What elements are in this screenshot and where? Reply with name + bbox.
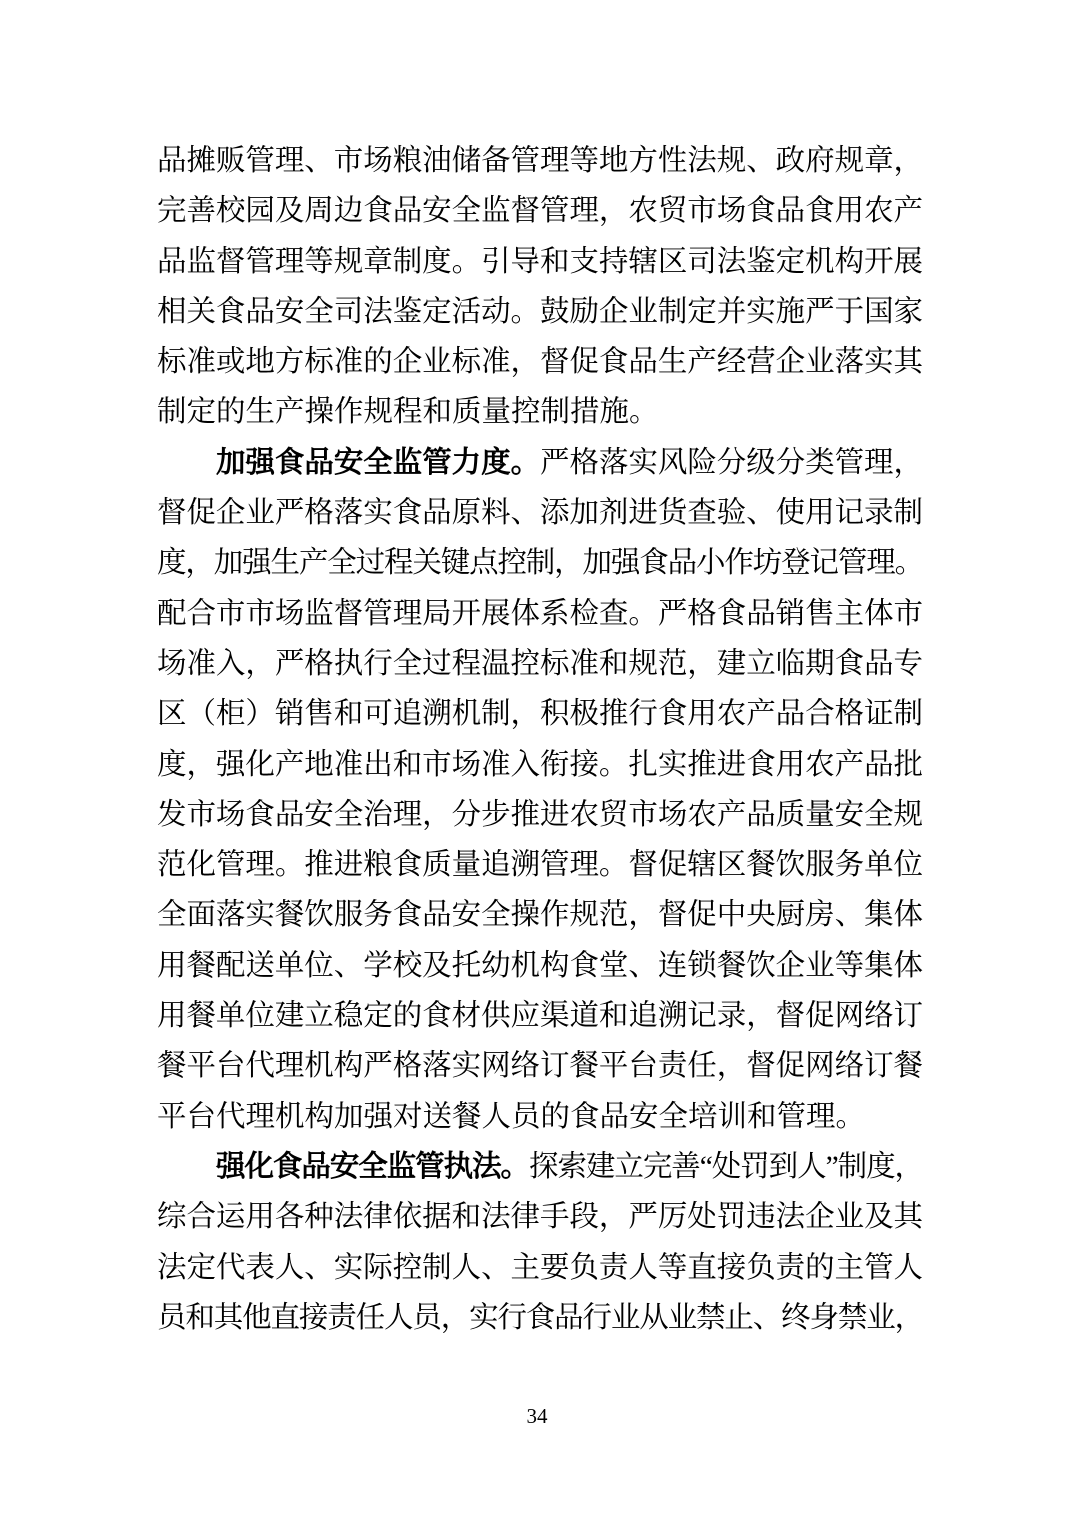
line-text: 餐平台代理机构严格落实网络订餐平台责任，督促网络订餐 — [157, 1050, 923, 1082]
line-text: 用餐单位建立稳定的食材供应渠道和追溯记录，督促网络订 — [157, 1000, 923, 1032]
paragraph-end-line: 平台代理机构加强对送餐人员的食品安全培训和管理。 — [157, 1092, 923, 1142]
line-text: 制定的生产操作规程和质量控制措施。 — [157, 396, 659, 428]
line-text: 探索建立完善“处罚到人”制度， — [529, 1151, 923, 1183]
body-text-line: 区（柜）销售和可追溯机制，积极推行食用农产品合格证制 — [157, 689, 923, 739]
line-text: 完善校园及周边食品安全监督管理，农贸市场食品食用农产 — [157, 195, 923, 227]
document-page: 品摊贩管理、市场粮油储备管理等地方性法规、政府规章， 完善校园及周边食品安全监督… — [0, 0, 1074, 1520]
line-text: 员和其他直接责任人员，实行食品行业从业禁止、终身禁业， — [157, 1302, 923, 1334]
body-text-line: 用餐单位建立稳定的食材供应渠道和追溯记录，督促网络订 — [157, 991, 923, 1041]
line-text: 用餐配送单位、学校及托幼机构食堂、连锁餐饮企业等集体 — [157, 950, 923, 982]
body-text-line: 品监督管理等规章制度。引导和支持辖区司法鉴定机构开展 — [157, 237, 923, 287]
line-text: 品摊贩管理、市场粮油储备管理等地方性法规、政府规章， — [157, 145, 923, 177]
line-text: 全面落实餐饮服务食品安全操作规范，督促中央厨房、集体 — [157, 899, 923, 931]
section-heading: 加强食品安全监管力度。 — [216, 447, 540, 479]
body-text-line: 员和其他直接责任人员，实行食品行业从业禁止、终身禁业， — [157, 1293, 923, 1343]
line-text: 督促企业严格落实食品原料、添加剂进货查验、使用记录制 — [157, 497, 923, 529]
body-text-line: 用餐配送单位、学校及托幼机构食堂、连锁餐饮企业等集体 — [157, 941, 923, 991]
line-text: 区（柜）销售和可追溯机制，积极推行食用农产品合格证制 — [157, 698, 923, 730]
body-text-line: 度，加强生产全过程关键点控制，加强食品小作坊登记管理。 — [157, 538, 923, 588]
line-text: 发市场食品安全治理，分步推进农贸市场农产品质量安全规 — [157, 799, 923, 831]
line-text: 度，加强生产全过程关键点控制，加强食品小作坊登记管理。 — [157, 547, 923, 579]
body-text-line: 标准或地方标准的企业标准，督促食品生产经营企业落实其 — [157, 337, 923, 387]
body-text-line: 督促企业严格落实食品原料、添加剂进货查验、使用记录制 — [157, 488, 923, 538]
line-text: 度，强化产地准出和市场准入衔接。扎实推进食用农产品批 — [157, 749, 923, 781]
line-text: 范化管理。推进粮食质量追溯管理。督促辖区餐饮服务单位 — [157, 849, 923, 881]
body-text-line: 全面落实餐饮服务食品安全操作规范，督促中央厨房、集体 — [157, 890, 923, 940]
body-text-line: 发市场食品安全治理，分步推进农贸市场农产品质量安全规 — [157, 790, 923, 840]
body-text-line: 度，强化产地准出和市场准入衔接。扎实推进食用农产品批 — [157, 740, 923, 790]
line-text: 严格落实风险分级分类管理， — [540, 447, 923, 479]
line-text: 品监督管理等规章制度。引导和支持辖区司法鉴定机构开展 — [157, 246, 923, 278]
line-text: 标准或地方标准的企业标准，督促食品生产经营企业落实其 — [157, 346, 923, 378]
body-text-line: 餐平台代理机构严格落实网络订餐平台责任，督促网络订餐 — [157, 1041, 923, 1091]
paragraph-first-line: 加强食品安全监管力度。严格落实风险分级分类管理， — [157, 438, 923, 488]
line-text: 平台代理机构加强对送餐人员的食品安全培训和管理。 — [157, 1101, 865, 1133]
body-text-block: 品摊贩管理、市场粮油储备管理等地方性法规、政府规章， 完善校园及周边食品安全监督… — [157, 136, 923, 1343]
body-text-line: 范化管理。推进粮食质量追溯管理。督促辖区餐饮服务单位 — [157, 840, 923, 890]
line-text: 综合运用各种法律依据和法律手段，严厉处罚违法企业及其 — [157, 1201, 923, 1233]
section-heading: 强化食品安全监管执法。 — [216, 1151, 529, 1183]
body-text-line: 综合运用各种法律依据和法律手段，严厉处罚违法企业及其 — [157, 1192, 923, 1242]
paragraph-end-line: 制定的生产操作规程和质量控制措施。 — [157, 387, 923, 437]
body-text-line: 场准入，严格执行全过程温控标准和规范，建立临期食品专 — [157, 639, 923, 689]
body-text-line: 相关食品安全司法鉴定活动。鼓励企业制定并实施严于国家 — [157, 287, 923, 337]
page-footer: 34 — [0, 1403, 1074, 1429]
paragraph-first-line: 强化食品安全监管执法。探索建立完善“处罚到人”制度， — [157, 1142, 923, 1192]
body-text-line: 品摊贩管理、市场粮油储备管理等地方性法规、政府规章， — [157, 136, 923, 186]
page-number: 34 — [527, 1404, 548, 1428]
body-text-line: 完善校园及周边食品安全监督管理，农贸市场食品食用农产 — [157, 186, 923, 236]
line-text: 配合市市场监督管理局开展体系检查。严格食品销售主体市 — [157, 598, 923, 630]
line-text: 场准入，严格执行全过程温控标准和规范，建立临期食品专 — [157, 648, 923, 680]
line-text: 相关食品安全司法鉴定活动。鼓励企业制定并实施严于国家 — [157, 296, 923, 328]
body-text-line: 配合市市场监督管理局开展体系检查。严格食品销售主体市 — [157, 589, 923, 639]
line-text: 法定代表人、实际控制人、主要负责人等直接负责的主管人 — [157, 1252, 923, 1284]
body-text-line: 法定代表人、实际控制人、主要负责人等直接负责的主管人 — [157, 1243, 923, 1293]
